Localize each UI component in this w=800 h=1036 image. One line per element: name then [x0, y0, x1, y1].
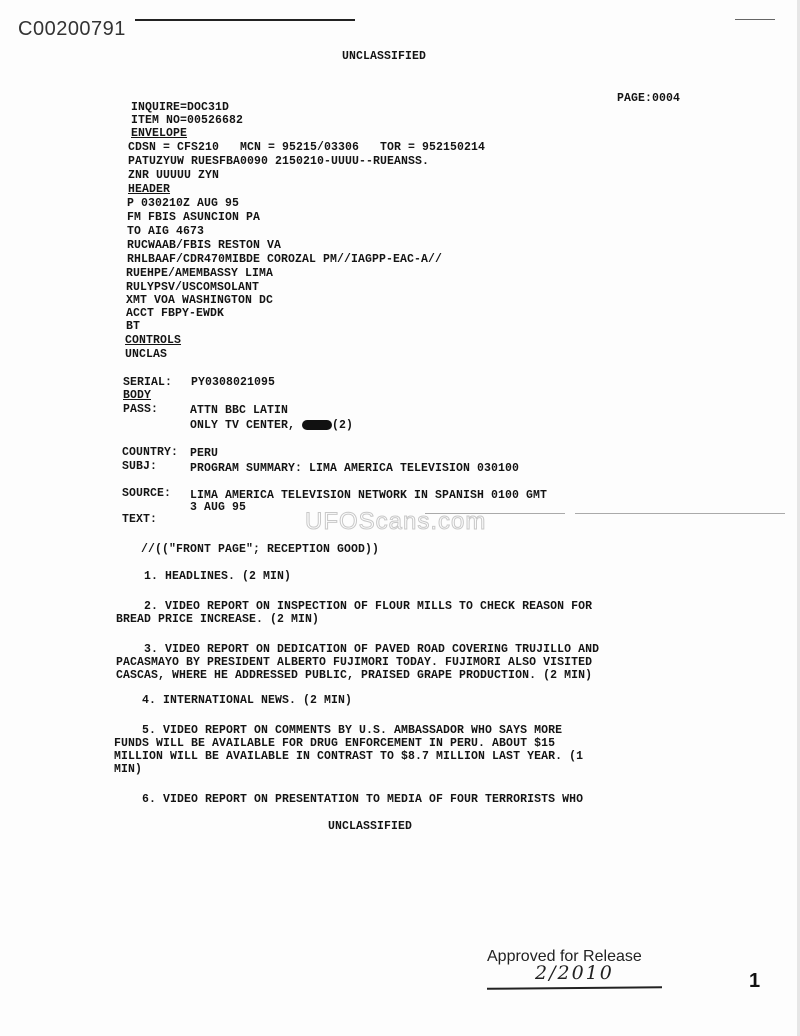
pass-line-2-suffix: (2): [332, 419, 353, 432]
country-label: COUNTRY:: [122, 446, 178, 460]
summary-item-3-line: 3. VIDEO REPORT ON DEDICATION OF PAVED R…: [116, 643, 599, 657]
source-line-2: 3 AUG 95: [190, 501, 246, 515]
page-number: 1: [749, 970, 760, 993]
controls-heading: CONTROLS: [125, 334, 181, 348]
source-label: SOURCE:: [122, 487, 171, 501]
summary-item-5-line: 5. VIDEO REPORT ON COMMENTS BY U.S. AMBA…: [114, 724, 562, 738]
envelope-line: ZNR UUUUU ZYN: [128, 169, 219, 183]
summary-item-5-line: MIN): [114, 763, 142, 777]
header-line: RUCWAAB/FBIS RESTON VA: [127, 239, 281, 253]
top-rule: [135, 19, 355, 21]
signature-line: [487, 986, 662, 990]
summary-item-3-line: CASCAS, WHERE HE ADDRESSED PUBLIC, PRAIS…: [116, 669, 592, 683]
pass-line-2-text: ONLY TV CENTER,: [190, 419, 302, 432]
summary-item-6: 6. VIDEO REPORT ON PRESENTATION TO MEDIA…: [114, 793, 583, 807]
top-right-mark: [735, 19, 775, 20]
summary-item-2-line: BREAD PRICE INCREASE. (2 MIN): [116, 613, 319, 627]
pass-label: PASS:: [123, 403, 158, 417]
summary-item-5-line: MILLION WILL BE AVAILABLE IN CONTRAST TO…: [114, 750, 583, 764]
classification-bottom: UNCLASSIFIED: [328, 820, 412, 834]
subj-value: PROGRAM SUMMARY: LIMA AMERICA TELEVISION…: [190, 462, 519, 476]
scan-artifact-line: [575, 513, 785, 514]
serial-value: PY0308021095: [191, 376, 275, 390]
header-line: RUEHPE/AMEMBASSY LIMA: [126, 267, 273, 281]
classification-top: UNCLASSIFIED: [342, 50, 426, 64]
summary-item-4: 4. INTERNATIONAL NEWS. (2 MIN): [114, 694, 352, 708]
redaction-mark: [302, 420, 332, 430]
pass-line-1: ATTN BBC LATIN: [190, 404, 288, 418]
pass-line-2: ONLY TV CENTER, (2): [190, 419, 353, 433]
header-line: RHLBAAF/CDR470MIBDE COROZAL PM//IAGPP-EA…: [127, 253, 442, 267]
envelope-line: PATUZYUW RUESFBA0090 2150210-UUUU--RUEAN…: [128, 155, 429, 169]
header-line: RULYPSV/USCOMSOLANT: [126, 281, 259, 295]
envelope-line: CDSN = CFS210 MCN = 95215/03306 TOR = 95…: [128, 141, 485, 155]
header-line: XMT VOA WASHINGTON DC: [126, 294, 273, 308]
controls-value: UNCLAS: [125, 348, 167, 362]
header-line: BT: [126, 320, 140, 334]
item-no-line: ITEM NO=00526682: [131, 114, 243, 128]
summary-item-3-line: PACASMAYO BY PRESIDENT ALBERTO FUJIMORI …: [116, 656, 592, 670]
envelope-heading: ENVELOPE: [131, 127, 187, 141]
header-line: FM FBIS ASUNCION PA: [127, 211, 260, 225]
page-label: PAGE:0004: [617, 92, 680, 106]
header-line: TO AIG 4673: [127, 225, 204, 239]
header-heading: HEADER: [128, 183, 170, 197]
inquire-line: INQUIRE=DOC31D: [131, 101, 229, 115]
subj-label: SUBJ:: [122, 460, 157, 474]
front-page-note: //(("FRONT PAGE"; RECEPTION GOOD)): [141, 543, 379, 557]
country-value: PERU: [190, 447, 218, 461]
header-line: P 030210Z AUG 95: [127, 197, 239, 211]
serial-label: SERIAL:: [123, 376, 172, 390]
text-label: TEXT:: [122, 513, 157, 527]
summary-item-1: 1. HEADLINES. (2 MIN): [116, 570, 291, 584]
header-line: ACCT FBPY-EWDK: [126, 307, 224, 321]
approved-date: 2/2010: [535, 962, 614, 984]
summary-item-2-line: 2. VIDEO REPORT ON INSPECTION OF FLOUR M…: [116, 600, 592, 614]
summary-item-5-line: FUNDS WILL BE AVAILABLE FOR DRUG ENFORCE…: [114, 737, 555, 751]
body-heading: BODY: [123, 389, 151, 403]
scan-artifact-line: [425, 513, 565, 514]
document-id: C00200791: [18, 18, 126, 41]
